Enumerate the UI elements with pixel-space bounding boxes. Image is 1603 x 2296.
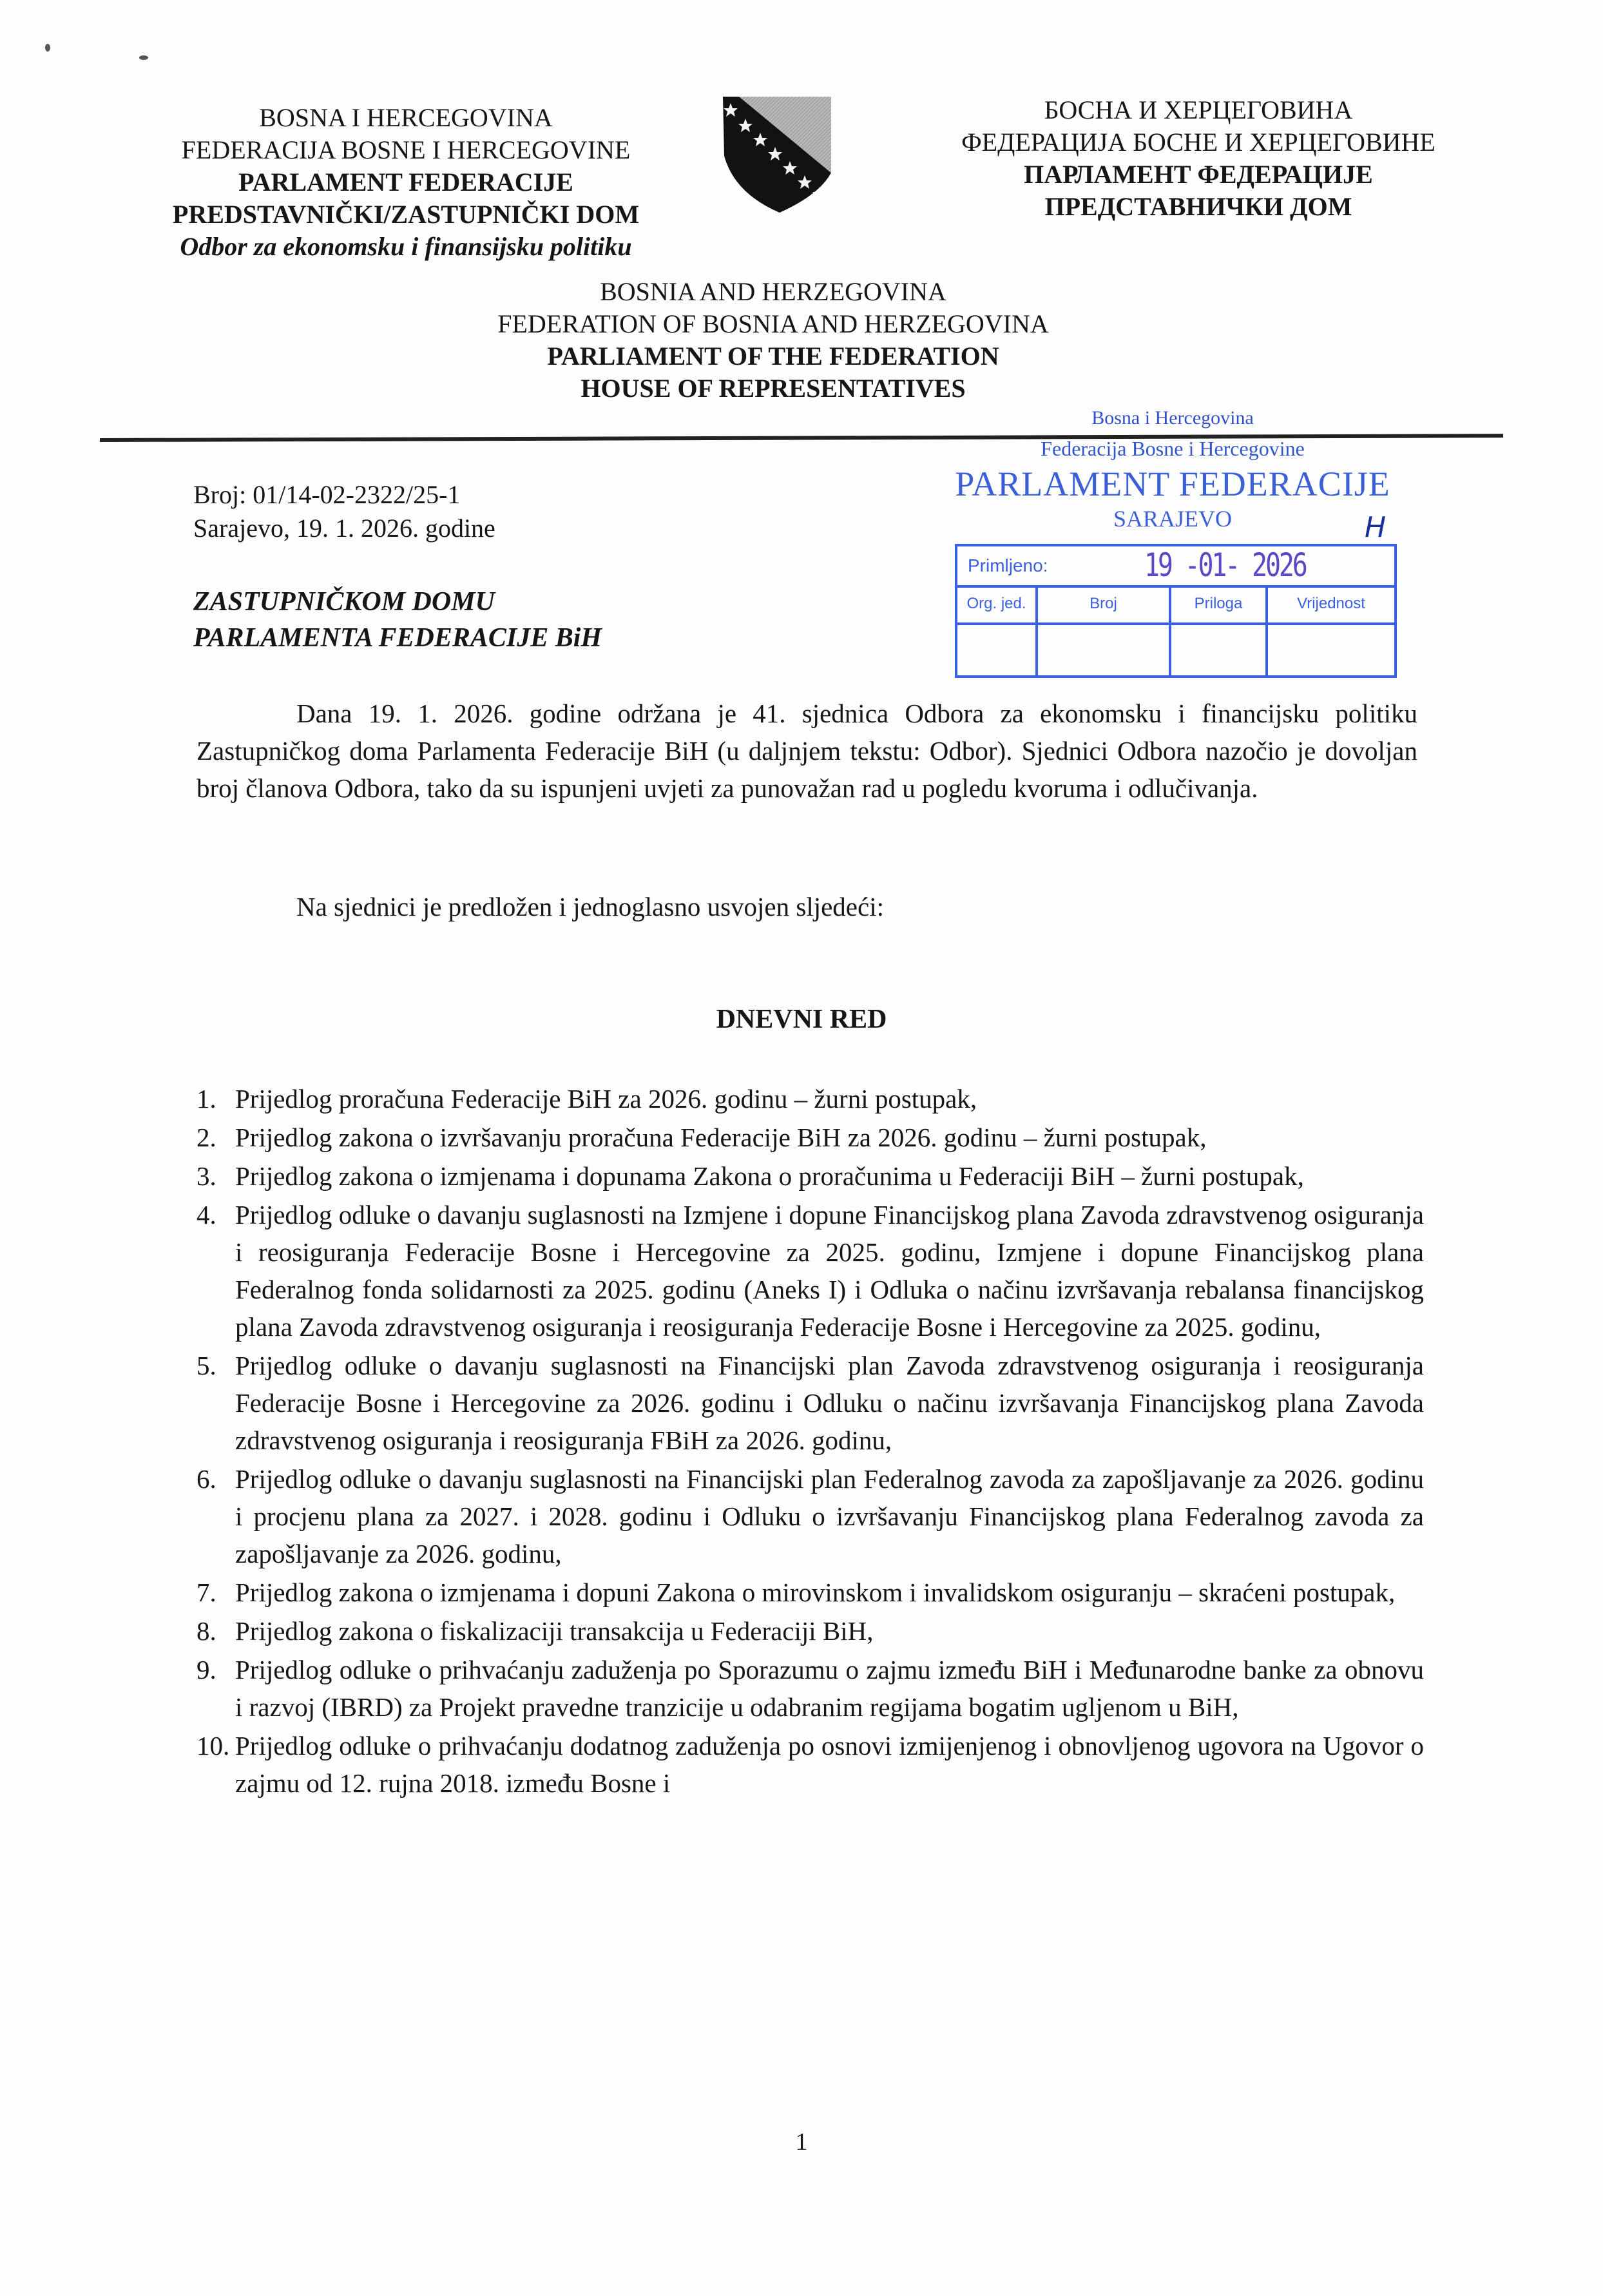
stamp-col-value: Vrijednost [1268, 588, 1394, 622]
recipient-line2: PARLAMENTA FEDERACIJE BiH [193, 620, 602, 656]
scan-speck [139, 55, 148, 60]
recipient: ZASTUPNIČKOM DOMU PARLAMENTA FEDERACIJE … [193, 584, 602, 656]
stamp-received-label: Primljeno: [968, 555, 1048, 576]
stamp-received-date: 19 -01- 2026 [1144, 546, 1306, 584]
agenda-item-number: 5. [197, 1347, 235, 1384]
agenda-item: 10.Prijedlog odluke o prihvaćanju dodatn… [197, 1727, 1424, 1802]
recipient-line1: ZASTUPNIČKOM DOMU [193, 584, 602, 620]
agenda-item-number: 9. [197, 1651, 235, 1688]
agenda-item-number: 1. [197, 1080, 235, 1117]
header-left-federation: FEDERACIJA BOSNE I HERCEGOVINE [90, 134, 722, 166]
header-english-country: BOSNIA AND HERZEGOVINA [451, 276, 1095, 308]
agenda-item: 7.Prijedlog zakona o izmjenama i dopuni … [197, 1574, 1424, 1611]
agenda-item-number: 2. [197, 1119, 235, 1156]
agenda-item: 3.Prijedlog zakona o izmjenama i dopunam… [197, 1157, 1424, 1195]
agenda-item-number: 8. [197, 1612, 235, 1650]
agenda-item: 4.Prijedlog odluke o davanju suglasnosti… [197, 1196, 1424, 1346]
agenda-item-text: Prijedlog odluke o davanju suglasnosti n… [235, 1460, 1424, 1572]
stamp-table: Primljeno: 19 -01- 2026 Org. jed. Broj P… [955, 544, 1397, 678]
body-paragraph-session: Dana 19. 1. 2026. godine održana je 41. … [197, 695, 1417, 807]
agenda-item-number: 6. [197, 1460, 235, 1498]
header-english-federation: FEDERATION OF BOSNIA AND HERZEGOVINA [451, 308, 1095, 340]
agenda-item: 6.Prijedlog odluke o davanju suglasnosti… [197, 1460, 1424, 1572]
stamp-col-org-unit: Org. jed. [957, 588, 1038, 622]
agenda-item-text: Prijedlog zakona o izmjenama i dopuni Za… [235, 1574, 1424, 1611]
agenda-item: 5.Prijedlog odluke o davanju suglasnosti… [197, 1347, 1424, 1459]
header-left: BOSNA I HERCEGOVINA FEDERACIJA BOSNE I H… [90, 102, 722, 263]
agenda-item-text: Prijedlog zakona o fiskalizaciji transak… [235, 1612, 1424, 1650]
reference-number: Broj: 01/14-02-2322/25-1 [193, 478, 495, 512]
agenda-item-text: Prijedlog odluke o prihvaćanju zaduženja… [235, 1651, 1424, 1726]
header-right-country: БОСНА И ХЕРЦЕГОВИНА [915, 94, 1482, 126]
header-left-house: PREDSTAVNIČKI/ZASTUPNIČKI DOM [90, 198, 722, 231]
stamp-value-row [957, 625, 1394, 678]
header-english-parliament: PARLIAMENT OF THE FEDERATION [451, 340, 1095, 372]
stamp-col-attachments: Priloga [1171, 588, 1268, 622]
place-date: Sarajevo, 19. 1. 2026. godine [193, 512, 495, 545]
header-right-house: ПРЕДСТАВНИЧКИ ДОМ [915, 191, 1482, 223]
agenda-item-text: Prijedlog odluke o davanju suglasnosti n… [235, 1196, 1424, 1346]
stamp-received-row: Primljeno: 19 -01- 2026 [957, 546, 1394, 588]
coat-of-arms-icon [723, 97, 839, 216]
agenda-item: 8.Prijedlog zakona o fiskalizaciji trans… [197, 1612, 1424, 1650]
agenda-item-number: 3. [197, 1157, 235, 1195]
scan-speck [45, 44, 50, 52]
header-english-house: HOUSE OF REPRESENTATIVES [451, 372, 1095, 405]
agenda-item-number: 4. [197, 1196, 235, 1233]
header-english: BOSNIA AND HERZEGOVINA FEDERATION OF BOS… [451, 276, 1095, 405]
agenda-item: 9.Prijedlog odluke o prihvaćanju zadužen… [197, 1651, 1424, 1726]
agenda-item-text: Prijedlog odluke o davanju suglasnosti n… [235, 1347, 1424, 1459]
agenda-title: DNEVNI RED [0, 1004, 1603, 1035]
stamp-val-value [1268, 625, 1394, 678]
header-left-country: BOSNA I HERCEGOVINA [90, 102, 722, 134]
stamp-federation: Federacija Bosne i Hercegovine [947, 437, 1398, 461]
header-right: БОСНА И ХЕРЦЕГОВИНА ФЕДЕРАЦИЈА БОСНЕ И Х… [915, 94, 1482, 223]
header-right-parliament: ПАРЛАМЕНТ ФЕДЕРАЦИЈЕ [915, 159, 1482, 191]
header-left-committee: Odbor za ekonomsku i finansijsku politik… [90, 231, 722, 263]
agenda-item-number: 10. [197, 1727, 235, 1764]
stamp-val-org-unit [957, 625, 1038, 678]
header-left-parliament: PARLAMENT FEDERACIJE [90, 166, 722, 198]
header-right-federation: ФЕДЕРАЦИЈА БОСНЕ И ХЕРЦЕГОВИНЕ [915, 126, 1482, 159]
document-reference: Broj: 01/14-02-2322/25-1 Sarajevo, 19. 1… [193, 478, 495, 545]
agenda-item-text: Prijedlog odluke o prihvaćanju dodatnog … [235, 1727, 1424, 1802]
stamp-country: Bosna i Hercegovina [947, 407, 1398, 429]
stamp-header-row: Org. jed. Broj Priloga Vrijednost [957, 588, 1394, 625]
agenda-item-text: Prijedlog proračuna Federacije BiH za 20… [235, 1080, 1424, 1117]
receipt-stamp: Bosna i Hercegovina Federacija Bosne i H… [947, 405, 1398, 682]
handwritten-initial: H [1365, 511, 1386, 544]
stamp-parliament: PARLAMENT FEDERACIJE [947, 464, 1398, 504]
agenda-list: 1.Prijedlog proračuna Federacije BiH za … [197, 1080, 1424, 1803]
agenda-item-text: Prijedlog zakona o izvršavanju proračuna… [235, 1119, 1424, 1156]
agenda-item: 1.Prijedlog proračuna Federacije BiH za … [197, 1080, 1424, 1117]
stamp-city: SARAJEVO [947, 505, 1398, 532]
page-number: 1 [0, 2128, 1603, 2156]
stamp-val-number [1038, 625, 1171, 678]
agenda-item-number: 7. [197, 1574, 235, 1611]
stamp-col-number: Broj [1038, 588, 1171, 622]
agenda-item: 2.Prijedlog zakona o izvršavanju proraču… [197, 1119, 1424, 1156]
body-paragraph-adopted: Na sjednici je predložen i jednoglasno u… [197, 888, 1417, 925]
agenda-item-text: Prijedlog zakona o izmjenama i dopunama … [235, 1157, 1424, 1195]
stamp-val-attachments [1171, 625, 1268, 678]
